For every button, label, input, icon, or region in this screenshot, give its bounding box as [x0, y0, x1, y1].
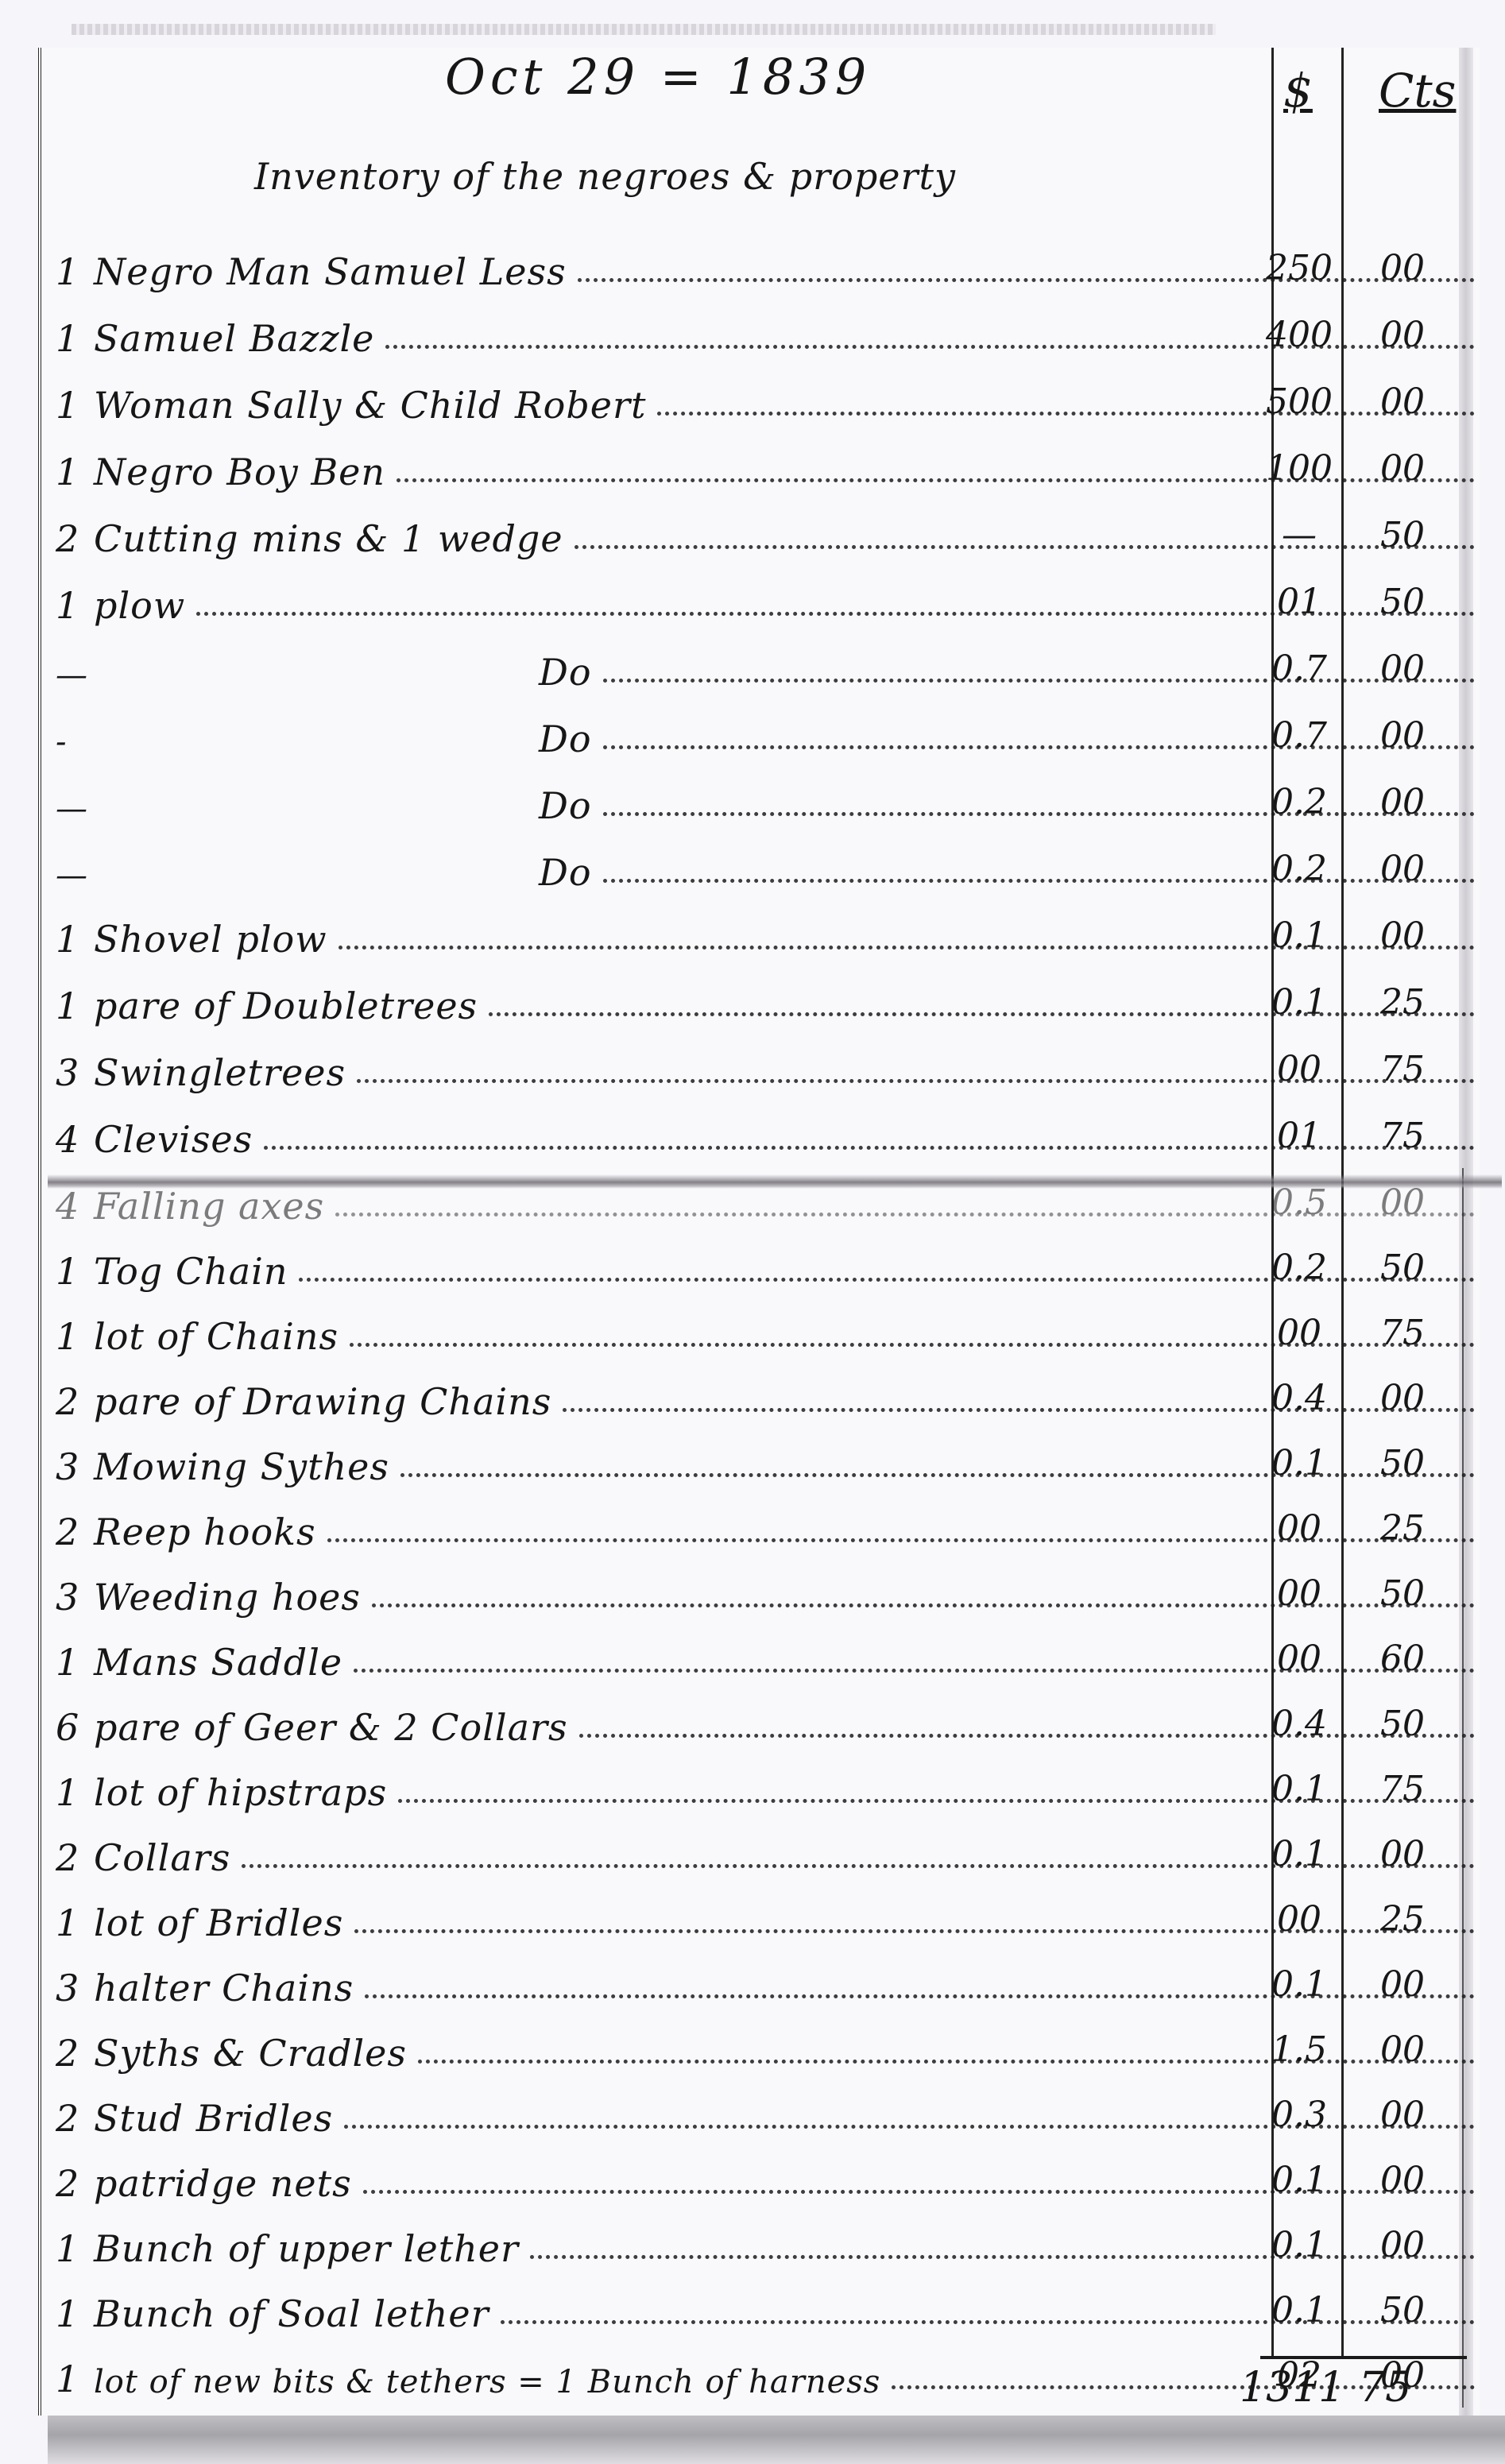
- item-dollars: 0.2: [1263, 782, 1335, 822]
- item-description: pare of Geer & 2 Collars: [94, 1706, 568, 1749]
- item-quantity: 1: [56, 584, 94, 627]
- item-quantity: 2: [56, 2032, 94, 2075]
- item-dollars: 0.7: [1263, 648, 1335, 689]
- item-cents: 00: [1359, 2029, 1446, 2070]
- item-cents: 75: [1359, 1769, 1446, 1809]
- dotted-leader: [578, 278, 1475, 282]
- item-description: Do: [94, 651, 592, 694]
- item-cents: 75: [1359, 1049, 1446, 1089]
- item-dollars: 01: [1263, 1116, 1335, 1156]
- inventory-row: 3Swingletrees0075: [56, 1027, 1486, 1094]
- item-dollars: 0.1: [1263, 1443, 1335, 1483]
- item-cents: 25: [1359, 1899, 1446, 1940]
- item-quantity: —: [56, 791, 94, 827]
- item-dollars: 0.5: [1263, 1182, 1335, 1223]
- dotted-leader: [603, 745, 1475, 749]
- item-description: Tog Chain: [94, 1250, 288, 1293]
- total-rule: [1260, 2356, 1467, 2359]
- item-description: pare of Drawing Chains: [94, 1380, 551, 1423]
- inventory-row: 4Clevises0175: [56, 1094, 1486, 1161]
- item-cents: 00: [1359, 915, 1446, 956]
- total-dollars: 1311: [1240, 2364, 1344, 2412]
- item-description: lot of Bridles: [94, 1901, 343, 1944]
- item-dollars: 0.1: [1263, 2160, 1335, 2200]
- item-cents: 50: [1359, 1573, 1446, 1614]
- item-dollars: 00: [1263, 1049, 1335, 1089]
- item-description: Falling axes: [94, 1185, 324, 1228]
- item-quantity: 1: [56, 250, 94, 293]
- item-description: Negro Boy Ben: [94, 451, 385, 493]
- inventory-row: 3halter Chains0.100: [56, 1944, 1486, 2009]
- inventory-row: 6pare of Geer & 2 Collars0.450: [56, 1684, 1486, 1749]
- item-quantity: 2: [56, 2162, 94, 2205]
- inventory-row: 3Mowing Sythes0.150: [56, 1423, 1486, 1488]
- item-quantity: 2: [56, 1511, 94, 1553]
- item-quantity: 1: [56, 1901, 94, 1944]
- item-cents: 00: [1359, 2095, 1446, 2135]
- item-cents: 00: [1359, 248, 1446, 288]
- item-description: Negro Man Samuel Less: [94, 250, 567, 293]
- document-title: Inventory of the negroes & property: [254, 155, 956, 198]
- dotted-leader: [563, 1408, 1475, 1412]
- inventory-row: 2patridge nets0.100: [56, 2140, 1486, 2205]
- item-description: Clevises: [94, 1118, 253, 1161]
- item-cents: 00: [1359, 715, 1446, 756]
- item-cents: 50: [1359, 582, 1446, 622]
- item-cents: 50: [1359, 1704, 1446, 1744]
- item-dollars: 0.1: [1263, 1964, 1335, 2005]
- inventory-row: 1Bunch of upper lether0.100: [56, 2205, 1486, 2270]
- item-cents: 00: [1359, 1182, 1446, 1223]
- item-dollars: 00: [1263, 1313, 1335, 1353]
- inventory-row: -Do0.700: [56, 694, 1486, 760]
- item-quantity: 2: [56, 517, 94, 560]
- item-cents: 00: [1359, 782, 1446, 822]
- item-dollars: 01: [1263, 582, 1335, 622]
- item-description: patridge nets: [94, 2162, 352, 2205]
- item-cents: 00: [1359, 381, 1446, 422]
- item-dollars: 00: [1263, 1508, 1335, 1549]
- item-dollars: 00: [1263, 1573, 1335, 1614]
- item-cents: 00: [1359, 1378, 1446, 1418]
- item-quantity: 1: [56, 984, 94, 1027]
- item-description: Cutting mins & 1 wedge: [94, 517, 563, 560]
- item-dollars: —: [1263, 515, 1335, 555]
- inventory-row: 2Syths & Cradles1.500: [56, 2009, 1486, 2075]
- item-quantity: 1: [56, 2292, 94, 2335]
- item-cents: 25: [1359, 982, 1446, 1023]
- item-cents: 25: [1359, 1508, 1446, 1549]
- item-quantity: 1: [56, 1250, 94, 1293]
- item-description: halter Chains: [94, 1967, 354, 2009]
- inventory-row: 1Tog Chain0.250: [56, 1228, 1486, 1293]
- item-description: Reep hooks: [94, 1511, 316, 1553]
- document-date: Oct 29 = 1839: [445, 48, 871, 106]
- item-description: plow: [94, 584, 185, 627]
- scan-top-edge: [72, 24, 1216, 35]
- inventory-row: 1lot of Bridles0025: [56, 1879, 1486, 1944]
- item-dollars: 0.1: [1263, 2290, 1335, 2331]
- inventory-row: 1Bunch of Soal lether0.150: [56, 2270, 1486, 2335]
- item-dollars: 1.5: [1263, 2029, 1335, 2070]
- item-description: Mowing Sythes: [94, 1445, 389, 1488]
- item-quantity: 2: [56, 1836, 94, 1879]
- item-description: Samuel Bazzle: [94, 317, 374, 360]
- item-cents: 00: [1359, 2225, 1446, 2265]
- item-cents: 75: [1359, 1313, 1446, 1353]
- item-dollars: 0.2: [1263, 1247, 1335, 1288]
- item-quantity: 6: [56, 1706, 94, 1749]
- item-quantity: 1: [56, 1641, 94, 1684]
- item-dollars: 0.1: [1263, 982, 1335, 1023]
- item-dollars: 0.1: [1263, 1834, 1335, 1874]
- item-cents: 60: [1359, 1638, 1446, 1679]
- inventory-row: 2Collars0.100: [56, 1814, 1486, 1879]
- inventory-row: 3Weeding hoes0050: [56, 1553, 1486, 1619]
- item-description: Collars: [94, 1836, 230, 1879]
- scan-bottom-edge: [48, 2416, 1505, 2464]
- inventory-row: —Do0.200: [56, 760, 1486, 827]
- item-quantity: 3: [56, 1445, 94, 1488]
- item-description: Do: [94, 784, 592, 827]
- item-cents: 00: [1359, 1964, 1446, 2005]
- item-quantity: 1: [56, 451, 94, 493]
- item-cents: 50: [1359, 2290, 1446, 2331]
- item-dollars: 500: [1263, 381, 1335, 422]
- item-dollars: 0.1: [1263, 2225, 1335, 2265]
- item-description: pare of Doubletrees: [94, 984, 478, 1027]
- inventory-row: 4Falling axes0.500: [56, 1161, 1486, 1228]
- item-cents: 00: [1359, 648, 1446, 689]
- item-dollars: 0.4: [1263, 1378, 1335, 1418]
- item-quantity: 1: [56, 918, 94, 961]
- item-description: lot of Chains: [94, 1315, 339, 1358]
- dotted-leader: [603, 679, 1475, 683]
- item-dollars: 0.1: [1263, 915, 1335, 956]
- item-description: Bunch of Soal lether: [94, 2292, 489, 2335]
- item-cents: 00: [1359, 1834, 1446, 1874]
- inventory-row: 1Mans Saddle0060: [56, 1619, 1486, 1684]
- item-description: Do: [94, 718, 592, 760]
- item-cents: 50: [1359, 515, 1446, 555]
- item-dollars: 0.1: [1263, 1769, 1335, 1809]
- item-quantity: 3: [56, 1967, 94, 2009]
- item-quantity: 2: [56, 2097, 94, 2140]
- item-quantity: 4: [56, 1185, 94, 1228]
- item-description: Bunch of upper lether: [94, 2227, 519, 2270]
- item-cents: 00: [1359, 2160, 1446, 2200]
- inventory-row: 2Cutting mins & 1 wedge—50: [56, 493, 1486, 560]
- inventory-row: 1Samuel Bazzle40000: [56, 293, 1486, 360]
- dotted-leader: [603, 879, 1475, 883]
- inventory-row: 1lot of hipstraps0.175: [56, 1749, 1486, 1814]
- item-dollars: 00: [1263, 1638, 1335, 1679]
- item-cents: 00: [1359, 849, 1446, 889]
- item-description: Woman Sally & Child Robert: [94, 384, 646, 427]
- item-description: Stud Bridles: [94, 2097, 333, 2140]
- inventory-row: 1Negro Man Samuel Less25000: [56, 226, 1486, 293]
- item-quantity: 4: [56, 1118, 94, 1161]
- item-description: Syths & Cradles: [94, 2032, 407, 2075]
- total-cents: 75: [1359, 2364, 1411, 2412]
- item-description: lot of hipstraps: [94, 1771, 387, 1814]
- item-quantity: 1: [56, 317, 94, 360]
- item-quantity: 3: [56, 1576, 94, 1619]
- item-cents: 75: [1359, 1116, 1446, 1156]
- item-dollars: 0.4: [1263, 1704, 1335, 1744]
- dotted-leader: [579, 1734, 1475, 1738]
- item-description: Do: [94, 851, 592, 894]
- inventory-row: 2pare of Drawing Chains0.400: [56, 1358, 1486, 1423]
- dotted-leader: [657, 412, 1475, 416]
- inventory-row: 2Stud Bridles0.300: [56, 2075, 1486, 2140]
- item-dollars: 400: [1263, 315, 1335, 355]
- inventory-row: 1Negro Boy Ben10000: [56, 427, 1486, 493]
- item-quantity: 1: [56, 2358, 94, 2400]
- item-description: Mans Saddle: [94, 1641, 342, 1684]
- item-cents: 00: [1359, 315, 1446, 355]
- item-quantity: 2: [56, 1380, 94, 1423]
- dotted-leader: [575, 545, 1475, 549]
- item-quantity: —: [56, 857, 94, 894]
- item-dollars: 0.2: [1263, 849, 1335, 889]
- item-description: lot of new bits & tethers = 1 Bunch of h…: [94, 2364, 880, 2400]
- inventory-row: 1Shovel plow0.100: [56, 894, 1486, 961]
- inventory-row: —Do0.700: [56, 627, 1486, 694]
- item-description: Weeding hoes: [94, 1576, 361, 1619]
- inventory-row: —Do0.200: [56, 827, 1486, 894]
- inventory-row: 1pare of Doubletrees0.125: [56, 961, 1486, 1027]
- inventory-row: 2Reep hooks0025: [56, 1488, 1486, 1553]
- item-quantity: 3: [56, 1051, 94, 1094]
- item-dollars: 250: [1263, 248, 1335, 288]
- item-description: Swingletrees: [94, 1051, 346, 1094]
- item-cents: 00: [1359, 448, 1446, 489]
- item-dollars: 100: [1263, 448, 1335, 489]
- dollars-column-header: $: [1283, 64, 1313, 118]
- inventory-row: 1Woman Sally & Child Robert50000: [56, 360, 1486, 427]
- item-quantity: 1: [56, 1315, 94, 1358]
- dotted-leader: [603, 812, 1475, 816]
- item-dollars: 0.3: [1263, 2095, 1335, 2135]
- item-quantity: 1: [56, 2227, 94, 2270]
- item-dollars: 0.7: [1263, 715, 1335, 756]
- item-quantity: —: [56, 657, 94, 694]
- cents-column-header: Cts: [1379, 64, 1456, 118]
- item-cents: 50: [1359, 1247, 1446, 1288]
- inventory-list: 1Negro Man Samuel Less25000 1Samuel Bazz…: [56, 226, 1486, 2400]
- item-cents: 50: [1359, 1443, 1446, 1483]
- item-quantity: -: [56, 724, 94, 760]
- inventory-row: 1lot of Chains0075: [56, 1293, 1486, 1358]
- item-dollars: 00: [1263, 1899, 1335, 1940]
- inventory-row: 1plow0150: [56, 560, 1486, 627]
- item-quantity: 1: [56, 384, 94, 427]
- item-description: Shovel plow: [94, 918, 327, 961]
- item-quantity: 1: [56, 1771, 94, 1814]
